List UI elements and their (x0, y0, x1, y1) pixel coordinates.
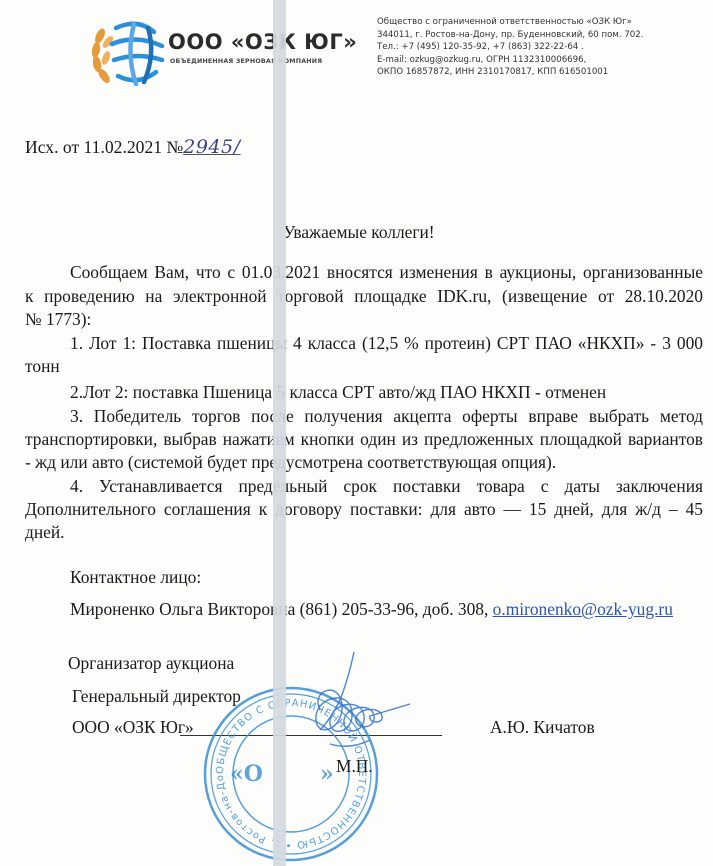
requisites-line: Общество с ограниченной ответственностью… (377, 16, 643, 29)
intro-line-3: № 1773): (25, 309, 91, 329)
item-4-line-1: 4. Устанавливается предельный срок поста… (70, 476, 703, 496)
role-organizer: Организатор аукциона (68, 653, 234, 673)
requisites-line: ОКПО 16857872, ИНН 2310170817, КПП 61650… (377, 66, 643, 79)
company-requisites: Общество с ограниченной ответственностью… (377, 16, 643, 79)
contact-label: Контактное лицо: (70, 567, 201, 587)
item-3-line-1: 3. Победитель торгов после получения акц… (70, 406, 703, 426)
outgoing-prefix: Исх. от 11.02.2021 № (25, 137, 183, 157)
handwritten-signature-icon (290, 650, 420, 770)
svg-text:«О: «О (230, 761, 263, 787)
org-name: ООО «ОЗК Юг» (72, 717, 194, 737)
scan-artifact-stripe (273, 0, 286, 866)
contact-person: Мироненко Ольга Викторовна (861) 205-33-… (70, 599, 673, 619)
item-4-line-2: Дополнительного соглашения к договору по… (25, 499, 703, 519)
contact-email-link[interactable]: o.mironenko@ozk-yug.ru (493, 599, 673, 619)
intro-line-1: Сообщаем Вам, что с 01.03.2021 вносятся … (25, 262, 703, 282)
signer-name: А.Ю. Кичатов (490, 717, 595, 737)
item-1-line-2: тонн (25, 356, 60, 376)
handwritten-number: 2945/ (183, 136, 240, 158)
company-name: ООО «ОЗК ЮГ» (168, 30, 357, 54)
item-4-line-3: дней. (25, 522, 65, 542)
requisites-line: E-mail: ozkug@ozkug.ru, ОГРН 11323100066… (377, 54, 643, 67)
item-3-line-3: - жд или авто (системой будет предусмотр… (25, 452, 556, 472)
greeting: Уважаемые коллеги! (283, 222, 435, 242)
item-2: 2.Лот 2: поставка Пшеница 5 класса СРТ а… (70, 382, 606, 402)
requisites-line: 344011, г. Ростов-на-Дону, пр. Буденновс… (377, 29, 643, 42)
outgoing-reference: Исх. от 11.02.2021 №2945/ (25, 136, 241, 158)
intro-line-2: к проведению на электронной торговой пло… (25, 286, 703, 306)
company-tagline: ОБЪЕДИНЕННАЯ ЗЕРНОВАЯ КОМПАНИЯ (170, 58, 322, 65)
company-logo-icon (86, 14, 166, 92)
requisites-line: Тел.: +7 (495) 120-35-92, +7 (863) 322-2… (377, 41, 643, 54)
item-3-line-2: транспортировки, выбрав нажатием кнопки … (25, 429, 703, 449)
item-1-line-1: 1. Лот 1: Поставка пшеницы 4 класса (12,… (70, 333, 703, 353)
